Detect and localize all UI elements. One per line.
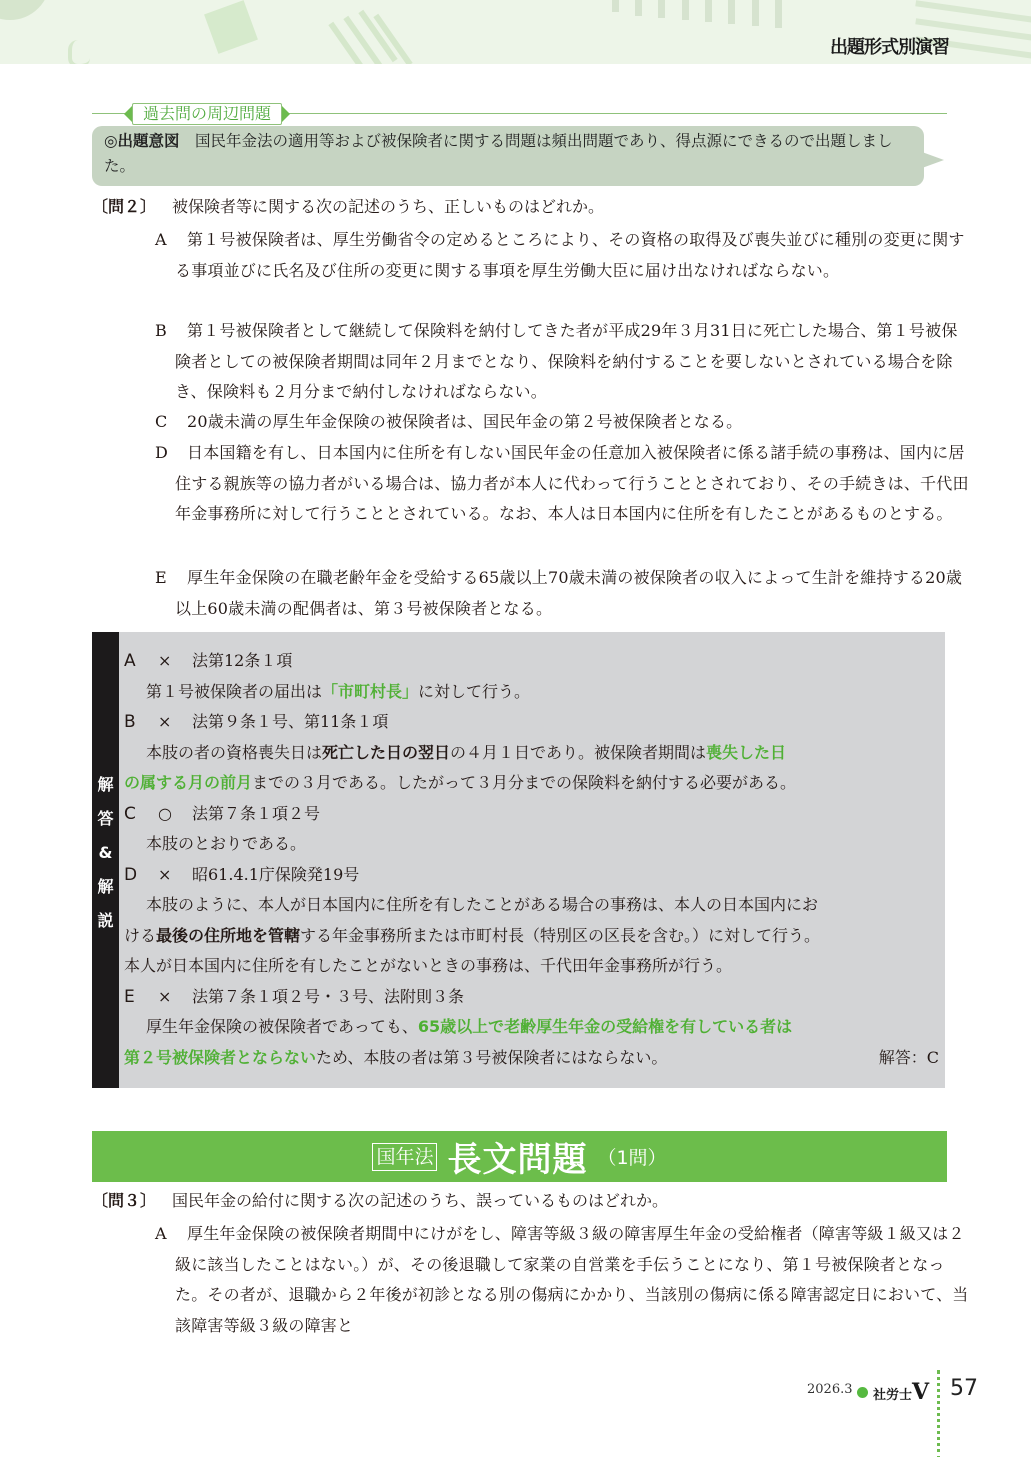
answer-reference: 昭61.4.1庁保険発19号 <box>192 865 359 884</box>
answer-letter: E <box>124 982 158 1013</box>
page-number: 57 <box>950 1376 978 1401</box>
choice-b: B第１号被保険者として継続して保険料を納付してきた者が平成29年３月31日に死亡… <box>155 316 970 408</box>
final-answer: 解答：C <box>879 1043 939 1074</box>
decorative-diamond <box>204 0 258 54</box>
answer-mark: × <box>158 707 192 738</box>
choice-a: A第１号被保険者は、厚生労働省令の定めるところにより、その資格の取得及び喪失並び… <box>155 225 970 286</box>
related-question-tag: 過去問の周辺問題 <box>132 103 282 125</box>
question-stem: 被保険者等に関する次の記述のうち、正しいものはどれか。 <box>172 197 604 216</box>
text: の４月１日であり。被保険者期間は <box>450 743 706 762</box>
question-number: 〔問３〕 <box>92 1186 172 1216</box>
choice-letter: E <box>155 563 187 594</box>
answer-d-text-2: ける最後の住所地を管轄する年金事務所または市町村長（特別区の区長を含む。）に対し… <box>124 921 939 952</box>
text: する年金事務所または市町村長（特別区の区長を含む。）に対して行う。 <box>300 926 820 945</box>
choice-c: C20歳未満の厚生年金保険の被保険者は、国民年金の第２号被保険者となる。 <box>155 407 970 438</box>
answer-mark: ○ <box>158 799 192 830</box>
text: ける <box>124 926 156 945</box>
answer-b-head: B×法第９条１号、第11条１項 <box>124 707 939 738</box>
highlight: 第２号被保険者とならない <box>124 1048 316 1067</box>
law-badge: 国年法 <box>372 1143 437 1171</box>
answer-d-text-1: 本肢のように、本人が日本国内に住所を有したことがある場合の事務は、本人の日本国内… <box>124 890 939 921</box>
answer-side-bar: 解 答 & 解 説 <box>92 632 119 1088</box>
answer-e-text-2: 第２号被保険者とならないため、本肢の者は第３号被保険者にはならない。解答：C <box>124 1043 939 1074</box>
banner-count: （1問） <box>597 1143 666 1170</box>
decorative-bar <box>682 0 689 20</box>
answer-letter: D <box>124 860 158 891</box>
choice-text: 日本国籍を有し、日本国内に住所を有しない国民年金の任意加入被保険者に係る諸手続の… <box>175 443 969 523</box>
answer-letter: B <box>124 707 158 738</box>
question-number: 〔問２〕 <box>92 192 172 222</box>
answer-a-text: 第１号被保険者の届出は「市町村長」に対して行う。 <box>124 677 939 708</box>
text: に対して行う。 <box>418 682 530 701</box>
answer-reference: 法第９条１号、第11条１項 <box>192 712 388 731</box>
decorative-bar <box>612 0 619 12</box>
decorative-bar <box>658 0 665 18</box>
answer-mark: × <box>158 860 192 891</box>
page-footer: 2026.3 社労士V 57 <box>771 1370 1031 1400</box>
magazine-suffix: V <box>912 1379 929 1405</box>
choice-d: D日本国籍を有し、日本国内に住所を有しない国民年金の任意加入被保険者に係る諸手続… <box>155 438 970 530</box>
magazine-logo: 社労士V <box>873 1379 929 1405</box>
highlight: 65歳以上で老齢厚生年金の受給権を有している者は <box>418 1017 792 1036</box>
answer-reference: 法第７条１項２号 <box>192 804 320 823</box>
side-char: 答 <box>92 802 119 836</box>
highlight: 「市町村長」 <box>322 682 418 701</box>
text: 厚生年金保険の被保険者であっても、 <box>146 1017 418 1036</box>
decorative-shape <box>0 0 50 20</box>
decorative-bar <box>635 0 642 16</box>
side-char: 説 <box>92 904 119 938</box>
decorative-bar <box>775 0 782 28</box>
choice-letter: C <box>155 407 187 438</box>
intent-label: ◎出題意図 <box>104 132 180 150</box>
choice-a: A厚生年金保険の被保険者期間中にけがをし、障害等級３級の障害厚生年金の受給権者（… <box>155 1219 970 1341</box>
question-2: 〔問２〕被保険者等に関する次の記述のうち、正しいものはどれか。 <box>92 192 952 222</box>
text: までの３月である。したがって３月分までの保険料を納付する必要がある。 <box>252 773 796 792</box>
text: 本肢の者の資格喪失日は <box>146 743 322 762</box>
bold-text: 死亡した日の翌日 <box>322 743 450 762</box>
answer-e-head: E×法第７条１項２号・３号、法附則３条 <box>124 982 939 1013</box>
answer-d-text-3: 本人が日本国内に住所を有したことがないときの事務は、千代田年金事務所が行う。 <box>124 951 939 982</box>
page-header: 出題形式別演習 <box>0 0 1031 64</box>
choice-text: 厚生年金保険の在職老齢年金を受給する65歳以上70歳未満の被保険者の収入によって… <box>175 568 962 618</box>
answer-b-text-2: の属する月の前月までの３月である。したがって３月分までの保険料を納付する必要があ… <box>124 768 939 799</box>
answer-letter: A <box>124 646 158 677</box>
dot-icon <box>857 1387 868 1398</box>
side-char: 解 <box>92 768 119 802</box>
intent-text: 国民年金法の適用等および被保険者に関する問題は頻出問題であり、得点源にできるので… <box>104 132 893 175</box>
question-3: 〔問３〕国民年金の給付に関する次の記述のうち、誤っているものはどれか。 <box>92 1186 952 1216</box>
issue-date: 2026.3 <box>807 1382 853 1397</box>
decorative-squiggle <box>68 40 90 64</box>
bold-text: 最後の住所地を管轄 <box>156 926 300 945</box>
answer-d-head: D×昭61.4.1庁保険発19号 <box>124 860 939 891</box>
intent-callout: ◎出題意図 国民年金法の適用等および被保険者に関する問題は頻出問題であり、得点源… <box>92 126 924 186</box>
section-title: 出題形式別演習 <box>830 33 949 59</box>
answer-mark: × <box>158 982 192 1013</box>
answer-mark: × <box>158 646 192 677</box>
magazine-prefix: 社労士 <box>873 1388 912 1403</box>
answer-c-text: 本肢のとおりである。 <box>124 829 939 860</box>
related-question-tag-row: 過去問の周辺問題 <box>92 103 947 123</box>
answer-side-label: 解 答 & 解 説 <box>92 768 119 938</box>
text: ため、本肢の者は第３号被保険者にはならない。 <box>316 1048 667 1067</box>
decorative-bar <box>728 0 735 24</box>
answer-reference: 法第７条１項２号・３号、法附則３条 <box>192 987 464 1006</box>
choice-text: 第１号被保険者として継続して保険料を納付してきた者が平成29年３月31日に死亡し… <box>175 321 958 401</box>
answer-c-head: C○法第７条１項２号 <box>124 799 939 830</box>
text: 第１号被保険者の届出は <box>146 682 322 701</box>
decorative-bar <box>752 0 759 26</box>
highlight: の属する月の前月 <box>124 773 252 792</box>
answer-body: A×法第12条１項 第１号被保険者の届出は「市町村長」に対して行う。 B×法第９… <box>124 646 939 1073</box>
choice-letter: A <box>155 225 187 256</box>
choice-letter: D <box>155 438 187 469</box>
choice-letter: B <box>155 316 187 347</box>
dotted-divider <box>937 1370 940 1457</box>
banner-title: 長文問題 <box>447 1132 587 1181</box>
question-stem: 国民年金の給付に関する次の記述のうち、誤っているものはどれか。 <box>172 1191 668 1210</box>
answer-a-head: A×法第12条１項 <box>124 646 939 677</box>
side-char: 解 <box>92 870 119 904</box>
choice-text: 厚生年金保険の被保険者期間中にけがをし、障害等級３級の障害厚生年金の受給権者（障… <box>175 1224 968 1335</box>
choice-e: E厚生年金保険の在職老齢年金を受給する65歳以上70歳未満の被保険者の収入によっ… <box>155 563 970 624</box>
section-banner: 国年法 長文問題 （1問） <box>92 1131 947 1182</box>
answer-reference: 法第12条１項 <box>192 651 292 670</box>
side-char: & <box>92 836 119 870</box>
answer-b-text-1: 本肢の者の資格喪失日は死亡した日の翌日の４月１日であり。被保険者期間は喪失した日 <box>124 738 939 769</box>
answer-e-text-1: 厚生年金保険の被保険者であっても、65歳以上で老齢厚生年金の受給権を有している者… <box>124 1012 939 1043</box>
choice-text: 20歳未満の厚生年金保険の被保険者は、国民年金の第２号被保険者となる。 <box>187 412 742 431</box>
choice-letter: A <box>155 1219 187 1250</box>
answer-explanation-box: 解 答 & 解 説 A×法第12条１項 第１号被保険者の届出は「市町村長」に対し… <box>92 632 945 1088</box>
decorative-bar <box>705 0 712 22</box>
choice-text: 第１号被保険者は、厚生労働省令の定めるところにより、その資格の取得及び喪失並びに… <box>175 230 965 280</box>
highlight: 喪失した日 <box>706 743 786 762</box>
answer-letter: C <box>124 799 158 830</box>
